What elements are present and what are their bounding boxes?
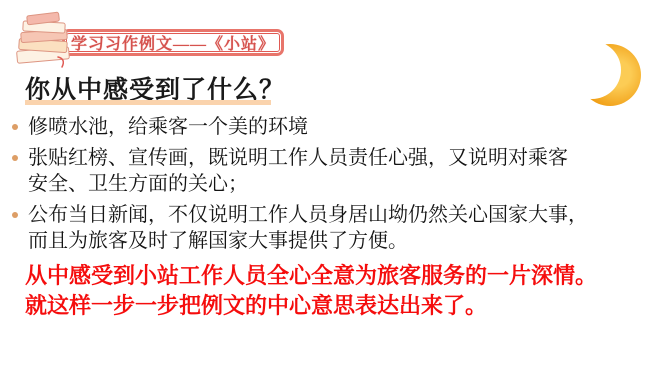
list-item: 公布当日新闻，不仅说明工作人员身居山坳仍然关心国家大事， 而且为旅客及时了解国家… <box>10 202 658 254</box>
list-item: 修喷水池，给乘客一个美的环境 <box>10 114 658 140</box>
bullet-line: 安全、卫生方面的关心； <box>28 171 658 197</box>
header-badge-inner-border: 学习习作例文——《小站》 <box>66 33 280 52</box>
bullet-dot-icon <box>12 124 18 130</box>
conclusion-line: 就这样一步一步把例文的中心意思表达出来了。 <box>25 291 597 321</box>
bullet-line: 公布当日新闻，不仅说明工作人员身居山坳仍然关心国家大事， <box>28 202 658 228</box>
bullet-line: 而且为旅客及时了解国家大事提供了方便。 <box>28 228 658 254</box>
books-icon <box>12 7 78 69</box>
header-badge: 学习习作例文——《小站》 <box>62 29 284 56</box>
header-badge-label: 学习习作例文——《小站》 <box>71 31 275 54</box>
list-item: 张贴红榜、宣传画，既说明工作人员责任心强，又说明对乘客 安全、卫生方面的关心； <box>10 145 658 197</box>
bullet-line: 修喷水池，给乘客一个美的环境 <box>28 114 658 140</box>
conclusion-text: 从中感受到小站工作人员全心全意为旅客服务的一片深情。 就这样一步一步把例文的中心… <box>25 261 597 321</box>
slide-canvas: 学习习作例文——《小站》 你从中感受到了什么？ 修喷水池，给乘客一个美的环境 张… <box>0 0 668 376</box>
bullet-dot-icon <box>12 212 18 218</box>
bullet-line: 张贴红榜、宣传画，既说明工作人员责任心强，又说明对乘客 <box>28 145 658 171</box>
bullet-list: 修喷水池，给乘客一个美的环境 张贴红榜、宣传画，既说明工作人员责任心强，又说明对… <box>10 114 658 259</box>
conclusion-line: 从中感受到小站工作人员全心全意为旅客服务的一片深情。 <box>25 261 597 291</box>
title-underline <box>25 100 271 105</box>
moon-icon <box>572 40 642 110</box>
bullet-dot-icon <box>12 155 18 161</box>
